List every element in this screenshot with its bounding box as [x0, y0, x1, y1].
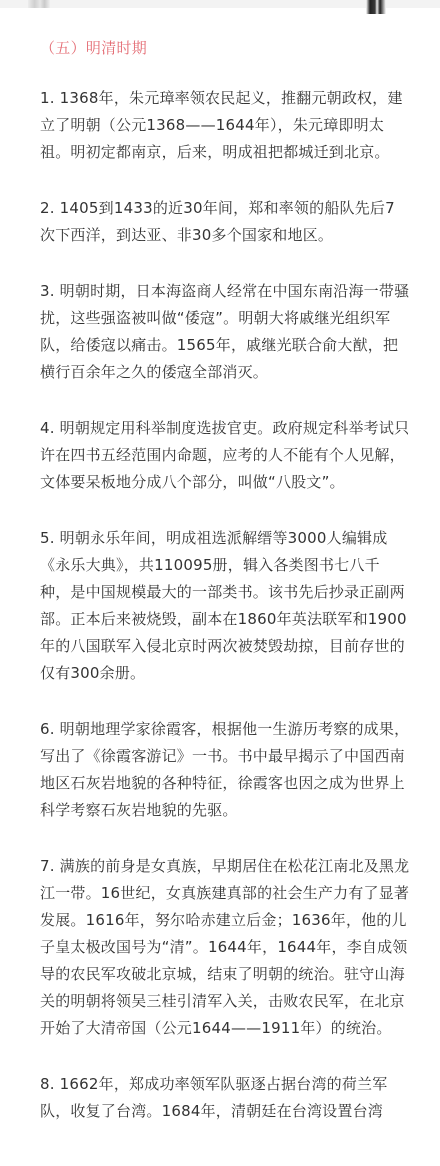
section-title: （五）明清时期	[40, 36, 410, 60]
paragraph-6: 6. 明朝地理学家徐霞客，根据他一生游历考察的成果，写出了《徐霞客游记》一书。书…	[40, 716, 410, 824]
image-fragment-left	[28, 0, 50, 8]
article-content: （五）明清时期 1. 1368年，朱元璋率领农民起义，推翻元朝政权，建立了明朝（…	[40, 36, 410, 1154]
paragraph-8: 8. 1662年，郑成功率领军队驱逐占据台湾的荷兰军队，收复了台湾。1684年，…	[40, 1071, 410, 1125]
top-image-strip	[0, 0, 440, 8]
paragraph-4: 4. 明朝规定用科举制度选拔官吏。政府规定科举考试只许在四书五经范围内命题，应考…	[40, 415, 410, 496]
paragraph-7: 7. 满族的前身是女真族，早期居住在松花江南北及黑龙江一带。16世纪，女真族建真…	[40, 853, 410, 1042]
paragraph-1: 1. 1368年，朱元璋率领农民起义，推翻元朝政权，建立了明朝（公元1368——…	[40, 85, 410, 166]
paragraph-3: 3. 明朝时期，日本海盗商人经常在中国东南沿海一带骚扰，这些强盗被叫做“倭寇”。…	[40, 278, 410, 386]
paragraph-2: 2. 1405到1433的近30年间，郑和率领的船队先后7次下西洋，到达亚、非3…	[40, 195, 410, 249]
paragraph-5: 5. 明朝永乐年间，明成祖选派解缙等3000人编辑成《永乐大典》，共110095…	[40, 525, 410, 687]
image-fragment-right	[366, 0, 386, 14]
